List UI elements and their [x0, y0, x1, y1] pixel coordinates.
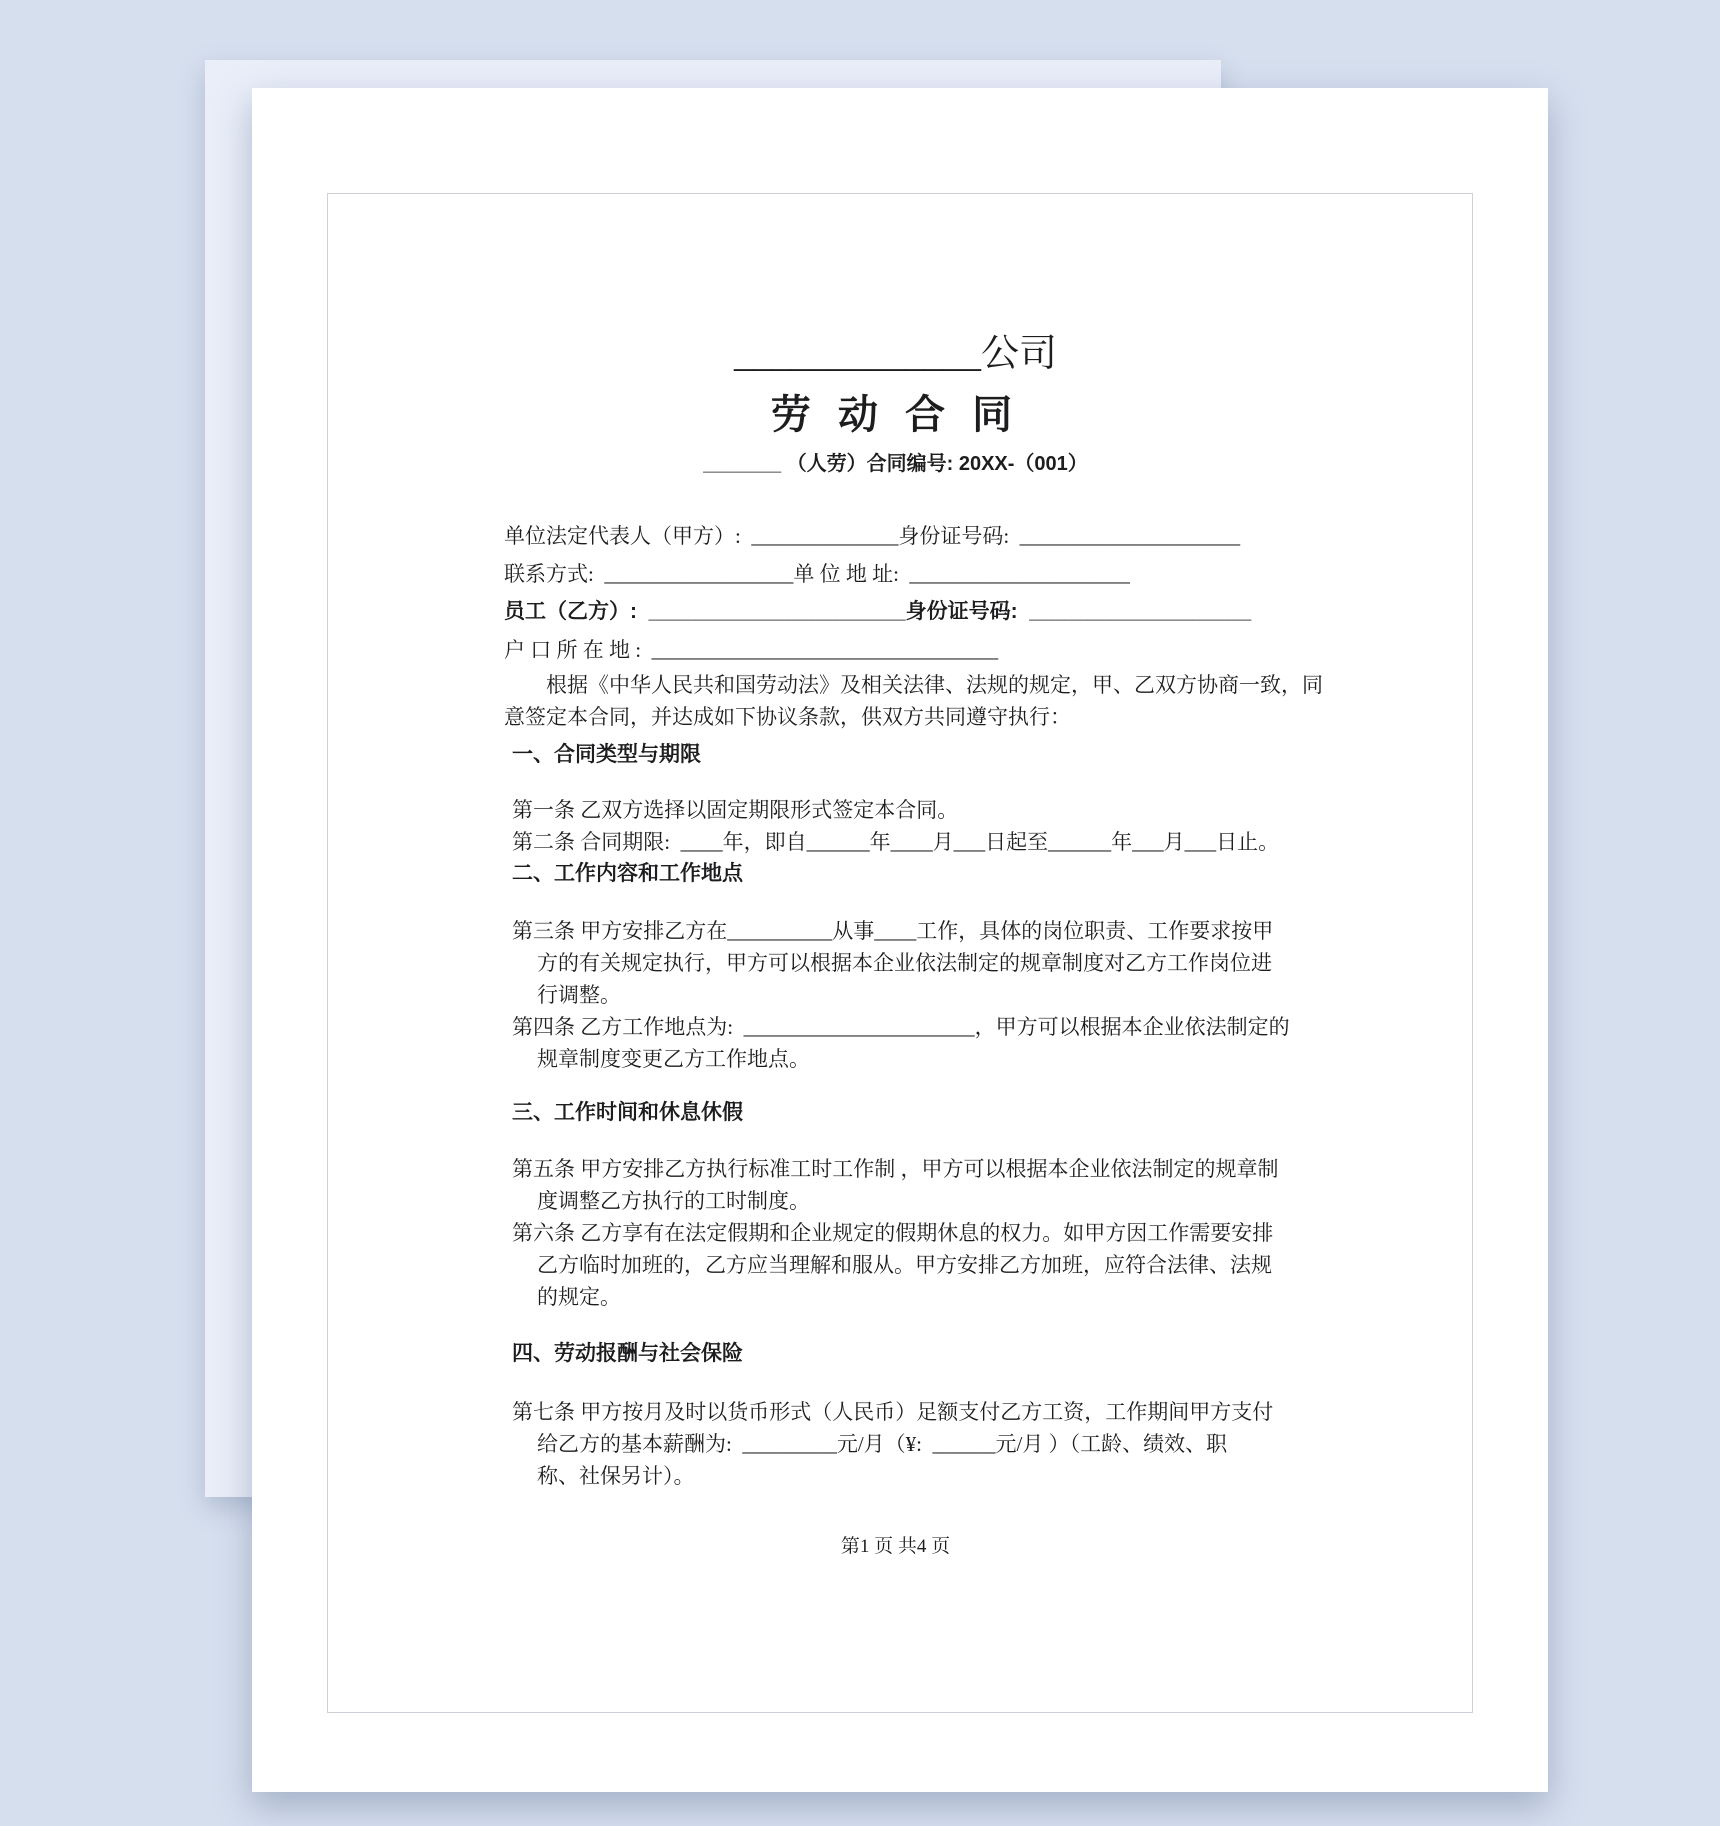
contract-number-blank: _______: [703, 453, 786, 475]
section-3-heading: 三、工作时间和休息休假: [504, 1097, 1287, 1129]
section-4-heading: 四、劳动报酬与社会保险: [504, 1338, 1287, 1370]
article-1-line-1: 第一条 乙双方选择以固定期限形式签定本合同。: [504, 794, 1287, 826]
party-line-contact-address: 联系方式: __________________单 位 地 址: _______…: [504, 555, 1287, 593]
article-6-line-1: 第六条 乙方享有在法定假期和企业规定的假期休息的权力。如甲方因工作需要安排: [504, 1217, 1287, 1249]
article-4-line-2: 规章制度变更乙方工作地点。: [504, 1043, 1287, 1075]
page-content: _____________公司 劳 动 合 同 _______ （人劳）合同编号…: [504, 333, 1287, 1560]
preamble: 根据《中华人民共和国劳动法》及相关法律、法规的规定，甲、乙双方协商一致，同 意签…: [504, 669, 1287, 733]
article-3-line-1: 第三条 甲方安排乙方在__________从事____工作，具体的岗位职责、工作…: [504, 915, 1287, 947]
article-5-line-1: 第五条 甲方安排乙方执行标准工时工作制 ，甲方可以根据本企业依法制定的规章制: [504, 1153, 1287, 1185]
page-number-footer: 第1 页 共4 页: [504, 1534, 1287, 1560]
company-name-suffix: 公司: [981, 333, 1057, 375]
article-3-line-2: 方的有关规定执行，甲方可以根据本企业依法制定的规章制度对乙方工作岗位进: [504, 947, 1287, 979]
party-info-block: 单位法定代表人（甲方）: ______________身份证号码: ______…: [504, 517, 1287, 669]
article-3-line-3: 行调整。: [504, 979, 1287, 1011]
company-name-line: _____________公司: [504, 333, 1287, 375]
party-line-employee: 员工（乙方）: ______________________身份证号码: ___…: [504, 593, 1287, 631]
article-2-line-1: 第二条 合同期限: ____年，即自______年____月___日起至____…: [504, 826, 1287, 858]
document-preview-canvas: _____________公司 劳 动 合 同 _______ （人劳）合同编号…: [0, 0, 1720, 1826]
article-5-line-2: 度调整乙方执行的工时制度。: [504, 1185, 1287, 1217]
article-6-line-2: 乙方临时加班的，乙方应当理解和服从。甲方安排乙方加班，应符合法律、法规: [504, 1249, 1287, 1281]
contract-number-text: （人劳）合同编号: 20XX-（001）: [787, 453, 1088, 475]
article-7-line-1: 第七条 甲方按月及时以货币形式（人民币）足额支付乙方工资，工作期间甲方支付: [504, 1396, 1287, 1428]
article-4-line-1: 第四条 乙方工作地点为: ______________________，甲方可以…: [504, 1011, 1287, 1043]
party-line-employer-rep: 单位法定代表人（甲方）: ______________身份证号码: ______…: [504, 517, 1287, 555]
contract-number-line: _______ （人劳）合同编号: 20XX-（001）: [504, 451, 1287, 477]
company-name-blank: _____________: [734, 333, 981, 375]
party-line-residence: 户 口 所 在 地 : ____________________________…: [504, 631, 1287, 669]
preamble-line-2: 意签定本合同，并达成如下协议条款，供双方共同遵守执行：: [504, 701, 1287, 733]
section-2-heading: 二、工作内容和工作地点: [504, 858, 1287, 890]
contract-title: 劳 动 合 同: [504, 391, 1287, 439]
preamble-line-1: 根据《中华人民共和国劳动法》及相关法律、法规的规定，甲、乙双方协商一致，同: [504, 669, 1287, 701]
section-1-heading: 一、合同类型与期限: [504, 739, 1287, 771]
article-7-line-2: 给乙方的基本薪酬为: _________元/月（¥: ______元/月 ）（工…: [504, 1428, 1287, 1460]
contract-page: _____________公司 劳 动 合 同 _______ （人劳）合同编号…: [252, 88, 1548, 1792]
article-6-line-3: 的规定。: [504, 1281, 1287, 1313]
article-7-line-3: 称、社保另计）。: [504, 1460, 1287, 1492]
